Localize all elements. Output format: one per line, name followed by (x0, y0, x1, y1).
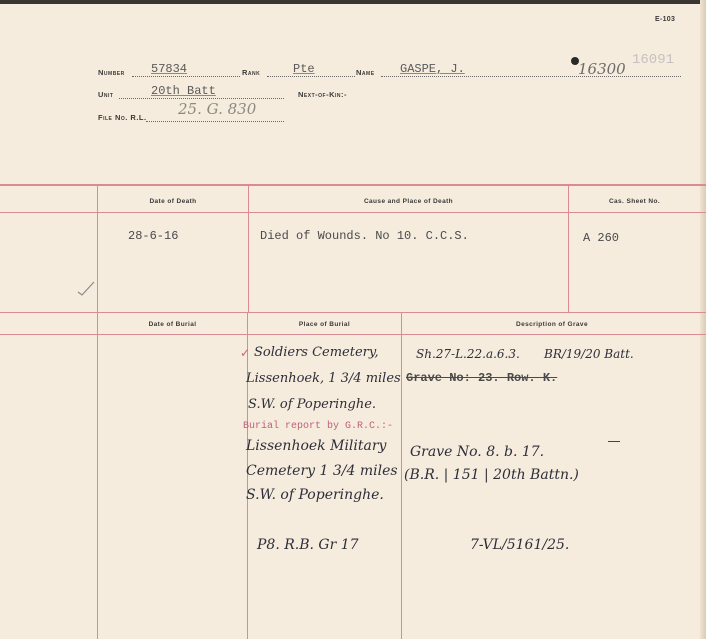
file-no-value: 25. G. 830 (178, 100, 256, 118)
header-cause-place-of-death: Cause and Place of Death (249, 198, 568, 205)
report-place-line-3: S.W. of Poperinghe. (246, 487, 384, 503)
file-no-label: File No. R.L. (98, 113, 147, 122)
scan-right-edge (700, 0, 706, 639)
footer-note-right: 7-VL/5161/25. (470, 537, 569, 553)
grave-br-ref: BR/19/20 Batt. (544, 347, 634, 361)
rule-burial-header-bottom (0, 334, 706, 335)
rule-col-3-burial (401, 312, 402, 639)
unit-label: Unit (98, 90, 113, 99)
name-dotted-line (381, 76, 681, 77)
cause-place-value: Died of Wounds. No 10. C.C.S. (260, 229, 469, 243)
rule-top-double (0, 184, 706, 186)
footer-note-left: P8. R.B. Gr 17 (257, 537, 359, 553)
header-date-of-burial: Date of Burial (98, 321, 247, 328)
burial-report-label: Burial report by G.R.C.:- (243, 421, 393, 432)
header-place-of-burial: Place of Burial (248, 321, 401, 328)
unit-value: 20th Batt (151, 84, 216, 98)
report-place-line-2: Cemetery 1 3/4 miles (246, 463, 398, 479)
red-tick-icon: ✓ (240, 346, 250, 360)
header-description-of-grave: Description of Grave (402, 321, 702, 328)
place-line-1: Soldiers Cemetery, (254, 345, 379, 360)
report-place-line-1: Lissenhoek Military (246, 438, 386, 454)
rank-value: Pte (293, 62, 315, 76)
grave-struck-out: Grave No: 23. Row. K. (406, 371, 557, 385)
form-code: E-103 (655, 16, 675, 23)
rank-dotted-line (267, 76, 355, 77)
file-no-dotted-line (146, 121, 284, 122)
name-label: Name (356, 68, 375, 77)
header-date-of-death: Date of Death (98, 198, 248, 205)
date-of-death-value: 28-6-16 (128, 229, 178, 243)
grave-new-br: (B.R. | 151 | 20th Battn.) (404, 467, 579, 483)
faint-number-stamp: 16091 (632, 52, 674, 68)
number-label: Number (98, 68, 125, 77)
place-line-2: Lissenhoek, 1 3/4 miles (246, 371, 401, 386)
grave-sheet-ref: Sh.27-L.22.a.6.3. (416, 347, 520, 361)
next-of-kin-label: Next-of-Kin:- (298, 90, 347, 99)
number-dotted-line (132, 76, 240, 77)
regimental-number-stamp: 16300 (578, 60, 626, 78)
unit-dotted-line (119, 98, 284, 99)
grave-new-number: Grave No. 8. b. 17. (410, 444, 544, 460)
rule-col-1 (97, 185, 98, 639)
name-value: GASPE, J. (400, 62, 465, 76)
number-value: 57834 (151, 62, 187, 76)
rank-label: Rank (242, 68, 260, 77)
rule-burial-top (0, 312, 706, 313)
pencil-checkmark-icon (76, 280, 96, 296)
cas-sheet-value: A 260 (583, 231, 619, 245)
header-cas-sheet-no: Cas. Sheet No. (569, 198, 700, 205)
dash-mark (608, 441, 620, 442)
place-line-3: S.W. of Poperinghe. (248, 397, 376, 412)
scan-top-edge (0, 0, 706, 4)
rule-death-header-bottom (0, 212, 706, 213)
